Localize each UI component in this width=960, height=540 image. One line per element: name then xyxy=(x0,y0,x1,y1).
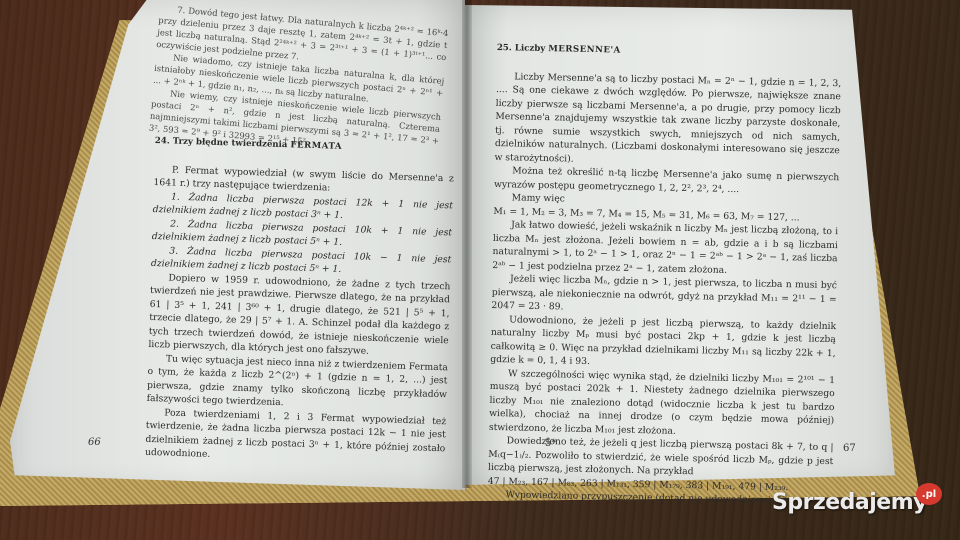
paragraph: Liczby Mersenne'a są to liczby postaci M… xyxy=(494,69,841,171)
watermark-logo: Sprzedajemy xyxy=(772,490,927,515)
paragraph: Poza twierdzeniami 1, 2 i 3 Fermat wypow… xyxy=(145,405,447,468)
signature-mark: 5* xyxy=(545,438,556,449)
paragraph: Udowodniono, że jeżeli p jest liczbą pie… xyxy=(490,312,836,373)
paragraph: Tu więc sytuacja jest nieco inna niż z t… xyxy=(147,351,449,414)
watermark-badge: .pl xyxy=(916,483,942,505)
section-title: Trzy błędne twierdzenia xyxy=(173,137,288,151)
paragraph: Dopiero w 1959 r. udowodniono, że żadne … xyxy=(148,270,450,360)
left-page-section-24: 24. Trzy błędne twierdzenia FERMATA P. F… xyxy=(145,135,455,469)
left-page-number: 66 xyxy=(88,437,101,448)
paragraph: W szczególności więc wynika stąd, że dzi… xyxy=(489,366,835,441)
section-title: Liczby xyxy=(515,43,546,54)
section-title-name: FERMATA xyxy=(290,140,342,152)
section-number: 25. xyxy=(497,43,512,53)
right-page-section-25: 25. Liczby MERSENNE'A Liczby Mersenne'a … xyxy=(487,42,842,509)
section-title-name: MERSENNE'A xyxy=(548,44,621,56)
paragraph: Jak łatwo dowieść, jeżeli wskaźnik n lic… xyxy=(492,218,838,279)
right-page-number: 67 xyxy=(843,443,856,454)
section-number: 24. xyxy=(155,136,170,146)
book-gutter xyxy=(462,0,472,488)
paragraph: Jeżeli więc liczba Mₙ, gdzie n > 1, jest… xyxy=(491,272,837,320)
paragraph: Dowiedziono też, że jeżeli q jest liczbą… xyxy=(488,434,834,482)
